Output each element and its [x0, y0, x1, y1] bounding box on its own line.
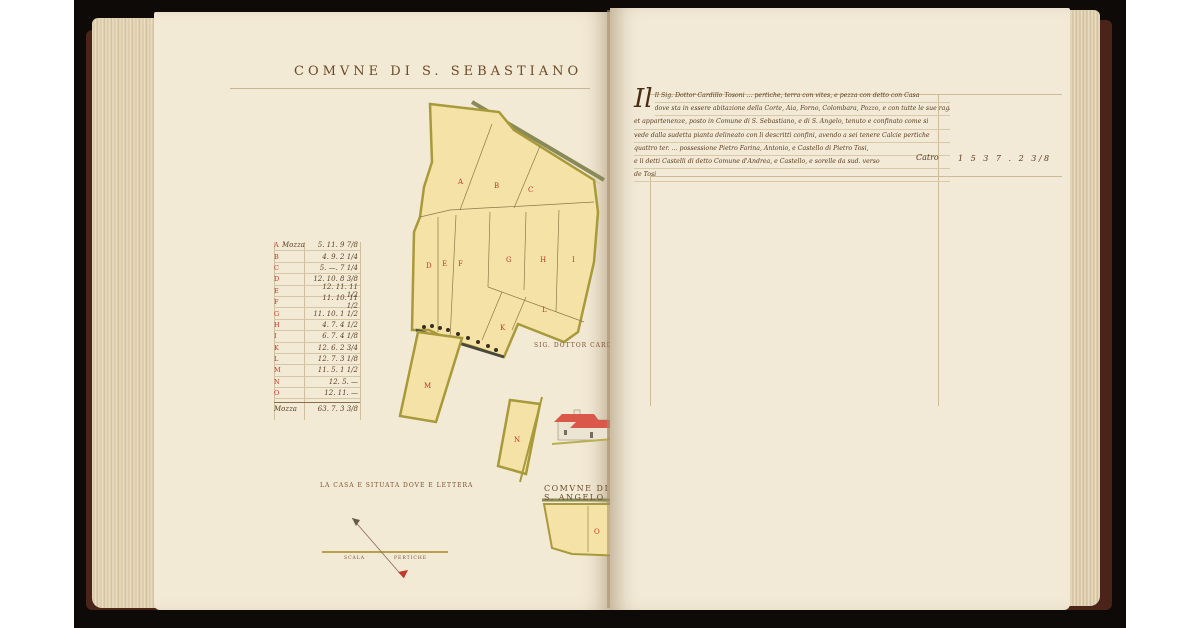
- column-rule-left: [650, 176, 651, 406]
- description-line: et appartenenze, posto in Comune di S. S…: [634, 116, 950, 129]
- page-edges-left: [92, 18, 162, 608]
- house-caption: LA CASA E SITUATA DOVE E LETTERA: [320, 482, 473, 489]
- farmhouse-drawing: [552, 410, 610, 444]
- catro-label: Catro: [916, 153, 939, 162]
- svg-text:G: G: [506, 256, 512, 264]
- svg-text:N: N: [514, 436, 520, 444]
- svg-text:B: B: [494, 182, 499, 190]
- scale-unit-label: PERTICHE: [394, 556, 427, 561]
- description-line: quattro ter. ... possessione Pietro Fari…: [634, 143, 950, 156]
- description-line: vede dalla sudetta pianta delineato con …: [634, 130, 950, 143]
- total-amount: 1 5 3 7 . 2 3/8: [958, 154, 1052, 163]
- description-line: Il Sig. Dottor Cardillo Tosoni ... perti…: [655, 90, 950, 103]
- description-line: de Tosi: [634, 169, 950, 182]
- svg-text:E: E: [442, 260, 447, 268]
- decorated-initial: Il: [634, 88, 653, 110]
- svg-text:K: K: [500, 324, 506, 332]
- svg-text:M: M: [424, 382, 431, 390]
- svg-text:O: O: [594, 528, 600, 536]
- comune-secondary-label: COMVNE DI S. ANGELO: [544, 484, 610, 502]
- svg-text:H: H: [540, 256, 546, 264]
- description-line: dove sta in essere abitazione della Cort…: [655, 103, 950, 116]
- svg-text:L: L: [542, 306, 547, 314]
- cadastral-map: A B C D E F G H I K L M N O: [154, 12, 610, 610]
- svg-text:F: F: [458, 260, 463, 268]
- scale-label: SCALA: [344, 556, 365, 561]
- svg-text:C: C: [528, 186, 533, 194]
- property-description: Il Il Sig. Dottor Cardillo Tosoni ... pe…: [634, 90, 950, 182]
- svg-text:D: D: [426, 262, 432, 270]
- svg-text:I: I: [572, 256, 575, 264]
- svg-text:A: A: [457, 178, 464, 186]
- left-page: COMVNE DI S. SEBASTIANO AMozza5. 11. 9 7…: [154, 12, 610, 610]
- book-scan: COMVNE DI S. SEBASTIANO AMozza5. 11. 9 7…: [74, 0, 1126, 628]
- description-line: e li detti Castelli di detto Comune d'An…: [634, 156, 950, 169]
